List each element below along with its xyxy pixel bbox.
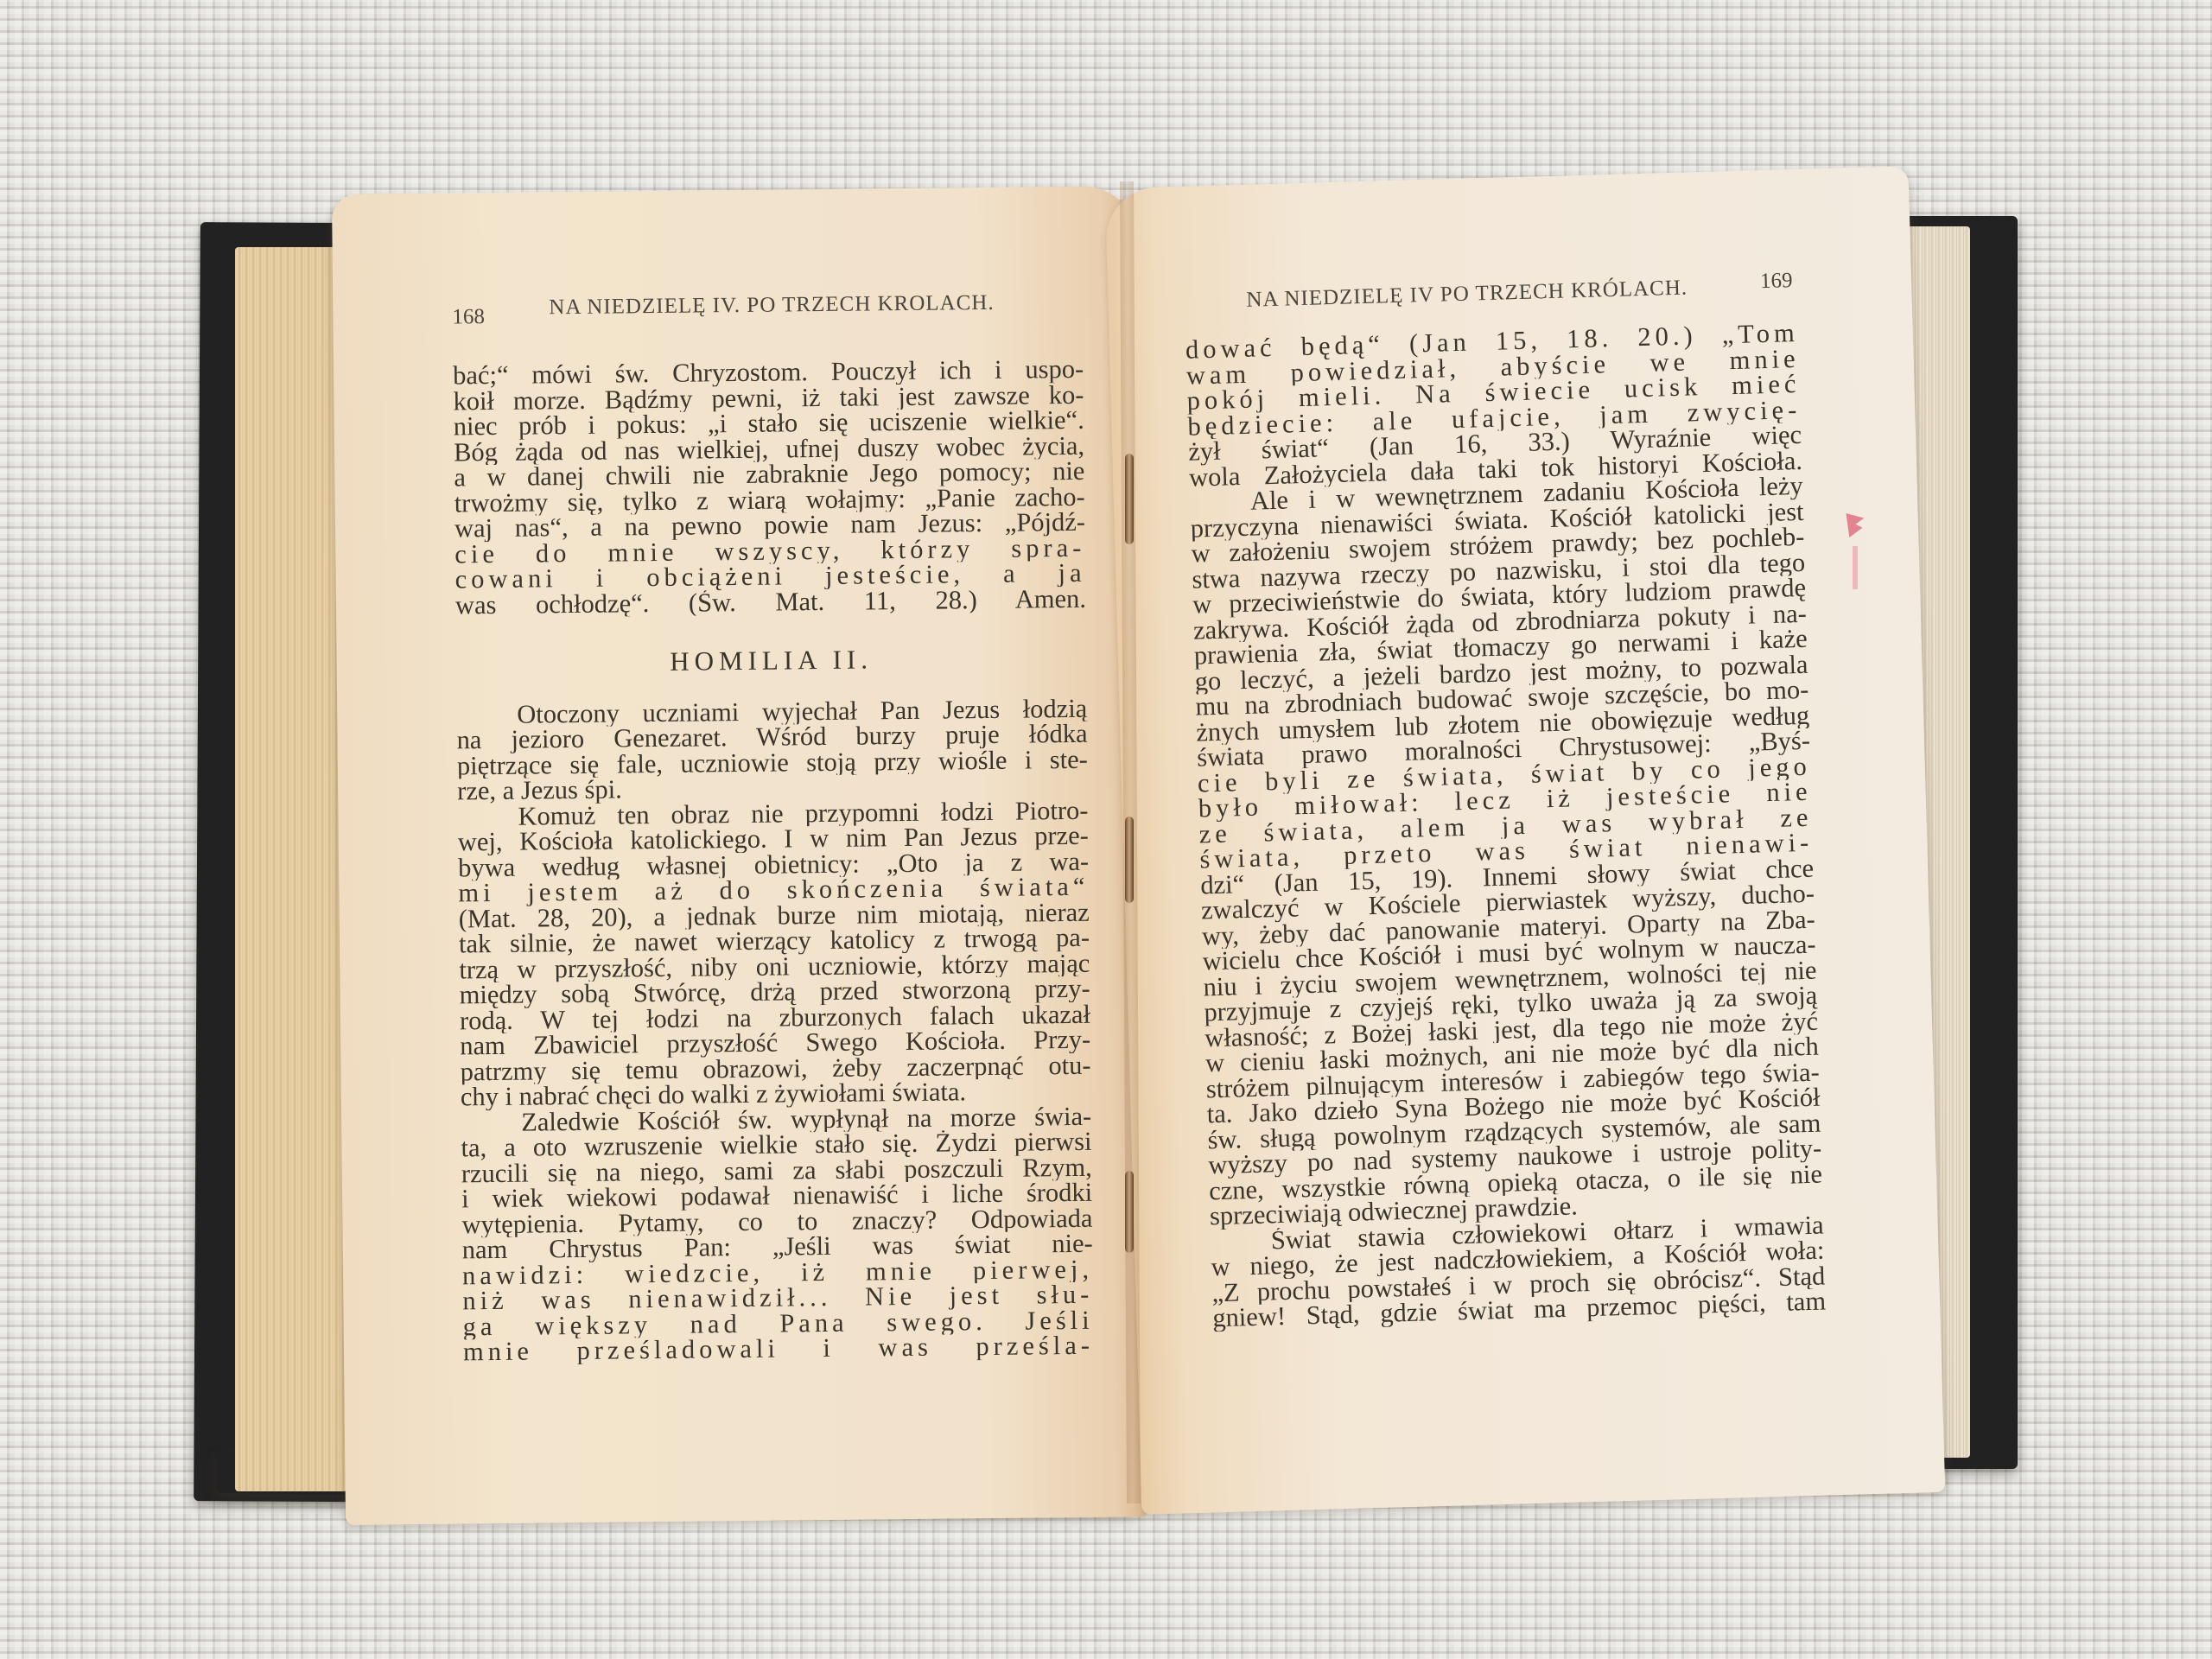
left-page[interactable]: 168 NA NIEDZIELĘ IV. PO TRZECH KROLACH. … (332, 186, 1149, 1525)
section-heading: HOMILIA II. (456, 645, 1087, 677)
running-head: NA NIEDZIELĘ IV. PO TRZECH KROLACH. (549, 291, 995, 320)
page-number: 168 (452, 305, 485, 329)
running-head: NA NIEDZIELĘ IV PO TRZECH KRÓLACH. (1246, 276, 1688, 313)
left-page-body: bać;“ mówi św. Chryzostom. Pouczył ich i… (453, 357, 1094, 1365)
text-line: mnie prześladowali i was prześla- (463, 1333, 1094, 1365)
right-page[interactable]: NA NIEDZIELĘ IV PO TRZECH KRÓLACH. 169 d… (1105, 166, 1945, 1514)
binding-staple (1125, 817, 1134, 903)
right-page-body: dować będą“ (Jan 15, 18. 20.) „Tom wam p… (1185, 321, 1827, 1332)
page-block-edge-left (235, 247, 347, 1491)
binding-staple (1125, 1171, 1134, 1253)
text-line: was ochłodzę“. (Św. Mat. 11, 28.) Amen. (455, 586, 1086, 618)
binding-staple (1125, 454, 1134, 544)
red-ink-mark (1853, 546, 1858, 589)
page-number: 169 (1760, 269, 1793, 294)
